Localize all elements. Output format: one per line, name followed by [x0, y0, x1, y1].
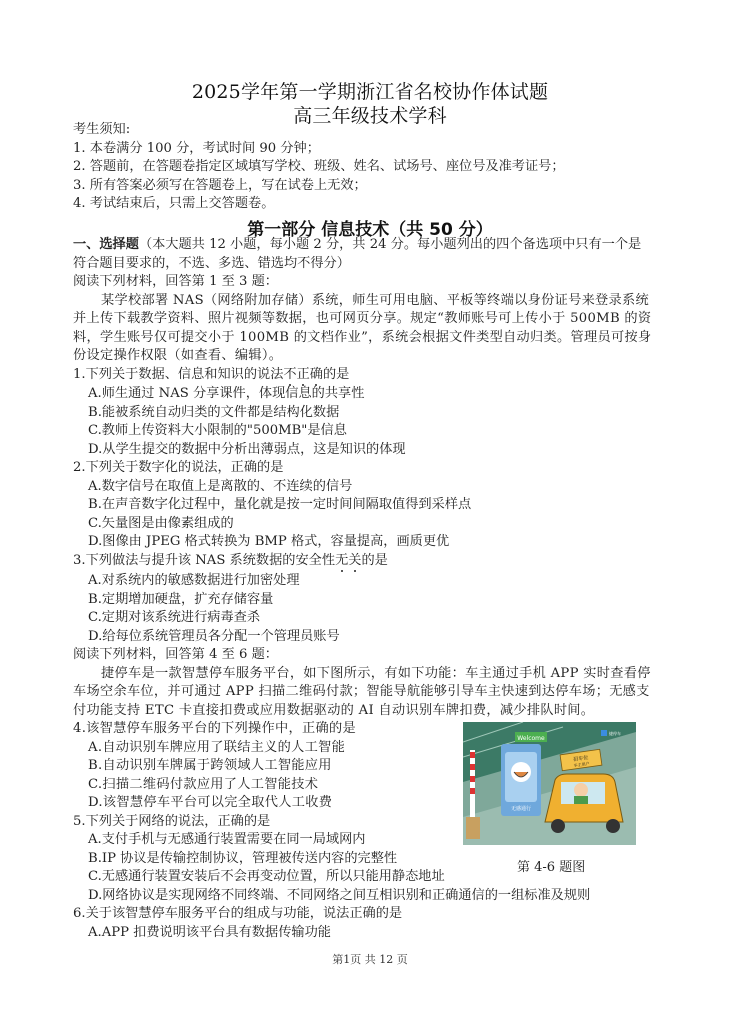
notice-item: 4. 考试结束后，只需上交答题卷。: [73, 195, 274, 212]
question-stem: 6.关于该智慧停车服务平台的组成与功能，说法正确的是: [73, 905, 402, 922]
option-b: B.定期增加硬盘，扩充存储容量: [88, 591, 273, 608]
material-text: 某学校部署 NAS（网络附加存储）系统，师生可用电脑、平板等终端以身份证号来登录…: [101, 292, 649, 309]
question-stem: 2.下列关于数字化的说法，正确的是: [73, 459, 283, 476]
option-a: A.数字信号在取值上是离散的、不连续的信号: [88, 478, 352, 495]
material-intro: 阅读下列材料，回答第 4 至 6 题：: [73, 646, 278, 663]
emphasis-char: 不: [283, 367, 296, 382]
part-description: （本大题共 12 小题，每小题 2 分，共 24 分。每小题列出的四个备选项中只…: [139, 237, 641, 252]
question-stem: 1.下列关于数据、信息和知识的说法不正确的是: [73, 366, 349, 383]
option-c: C.矢量图是由像素组成的: [88, 515, 234, 532]
option-a: A.支付手机与无感通行装置需要在同一局域网内: [88, 831, 365, 848]
option-b: B.IP 协议是传输控制协议，管理被传送内容的完整性: [88, 850, 397, 867]
figure-caption: 第 4-6 题图: [517, 856, 585, 875]
question-stem: 3.下列做法与提升该 NAS 系统数据的安全性无关的是: [73, 552, 388, 569]
material-intro: 阅读下列材料，回答第 1 至 3 题：: [73, 273, 278, 290]
option-d: D.该智慧停车平台可以完全取代人工收费: [88, 794, 332, 811]
material-text: 付功能支持 ETC 卡直接扣费或应用数据驱动的 AI 自动识别车牌扣费，减少排队…: [73, 702, 594, 719]
parking-illustration: Welcome 无感通行 招车位 车主用户 捷停车: [463, 722, 636, 845]
notice-heading: 考生须知:: [73, 121, 130, 138]
option-a: A.APP 扣费说明该平台具有数据传输功能: [88, 924, 331, 941]
exam-page: 2025学年第一学期浙江省名校协作体试题 高三年级技术学科 考生须知: 1. 本…: [0, 0, 740, 1024]
exam-title: 2025学年第一学期浙江省名校协作体试题: [0, 77, 740, 104]
notice-item: 3. 所有答案必须写在答题卷上，写在试卷上无效；: [73, 177, 367, 194]
page-number: 第1页 共 12 页: [0, 951, 740, 967]
welcome-sign: Welcome: [517, 735, 545, 742]
option-a: A.师生通过 NAS 分享课件，体现信息的共享性: [88, 385, 364, 402]
material-text: 料，学生账号仅可提交小于 100MB 的文档作业”，系统会根据文件类型自动归类。…: [73, 329, 651, 346]
part-description-cont: 符合题目要求的，不选、多选、错选均不得分）: [73, 255, 350, 272]
option-c: C.无感通行装置安装后不会再变动位置，所以只能用静态地址: [88, 868, 445, 885]
option-b: B.能被系统自动归类的文件都是结构化数据: [88, 404, 339, 421]
notice-item: 1. 本卷满分 100 分，考试时间 90 分钟；: [73, 140, 320, 157]
material-text: 捷停车是一款智慧停车服务平台，如下图所示，有如下功能：车主通过手机 APP 实时…: [101, 665, 651, 682]
part-heading: 一、选择题（本大题共 12 小题，每小题 2 分，共 24 分。每小题列出的四个…: [73, 236, 641, 253]
option-c: C.定期对该系统进行病毒查杀: [88, 609, 260, 626]
emphasis-char: 确: [310, 367, 323, 382]
option-b: B.自动识别车牌属于跨领域人工智能应用: [88, 757, 332, 774]
material-text: 车场空余车位，并可通过 APP 扫描二维码付款；智能导航能够引导车主快速到达停车…: [73, 683, 650, 700]
stem-text: 1.下列关于数据、信息和知识的说法: [73, 367, 283, 382]
question-stem: 4.该智慧停车服务平台的下列操作中，正确的是: [73, 720, 356, 737]
notice-item: 2. 答题前，在答题卷指定区域填写学校、班级、姓名、试场号、座位号及准考证号；: [73, 158, 565, 175]
option-b: B.在声音数字化过程中，量化就是按一定时间间隔取值得到采样点: [88, 496, 471, 513]
option-a: A.对系统内的敏感数据进行加密处理: [88, 572, 300, 589]
stem-text: 的是: [323, 367, 349, 382]
material-text: 并上传下载教学资料、照片视频等数据，也可网页分享。规定“教师账号可上传小于 50…: [73, 310, 651, 327]
kiosk-label: 无感通行: [511, 805, 531, 812]
option-d: D.从学生提交的数据中分析出薄弱点，这是知识的体现: [88, 441, 406, 458]
stem-text: 3.下列做法与提升该 NAS 系统数据的安全性: [73, 553, 335, 568]
option-d: D.图像由 JPEG 格式转换为 BMP 格式，容量提高，画质更优: [88, 533, 449, 550]
material-text: 份设定操作权限（如查看、编辑）。: [73, 347, 282, 364]
question-stem: 5.下列关于网络的说法，正确的是: [73, 813, 270, 830]
option-d: D.给每位系统管理员各分配一个管理员账号: [88, 628, 340, 645]
part-label: 一、选择题: [73, 237, 139, 252]
stem-text: 的是: [361, 553, 387, 568]
emphasis-char: 无: [335, 553, 348, 568]
option-c: C.教师上传资料大小限制的"500MB"是信息: [88, 422, 347, 439]
option-a: A.自动识别车牌应用了联结主义的人工智能: [88, 739, 345, 756]
emphasis-char: 正: [297, 367, 310, 382]
brand-logo: 捷停车: [609, 730, 621, 736]
emphasis-char: 关: [348, 553, 361, 568]
option-d: D.网络协议是实现网络不同终端、不同网络之间互相识别和正确通信的一组标准及规则: [88, 887, 590, 904]
option-c: C.扫描二维码付款应用了人工智能技术: [88, 776, 318, 793]
